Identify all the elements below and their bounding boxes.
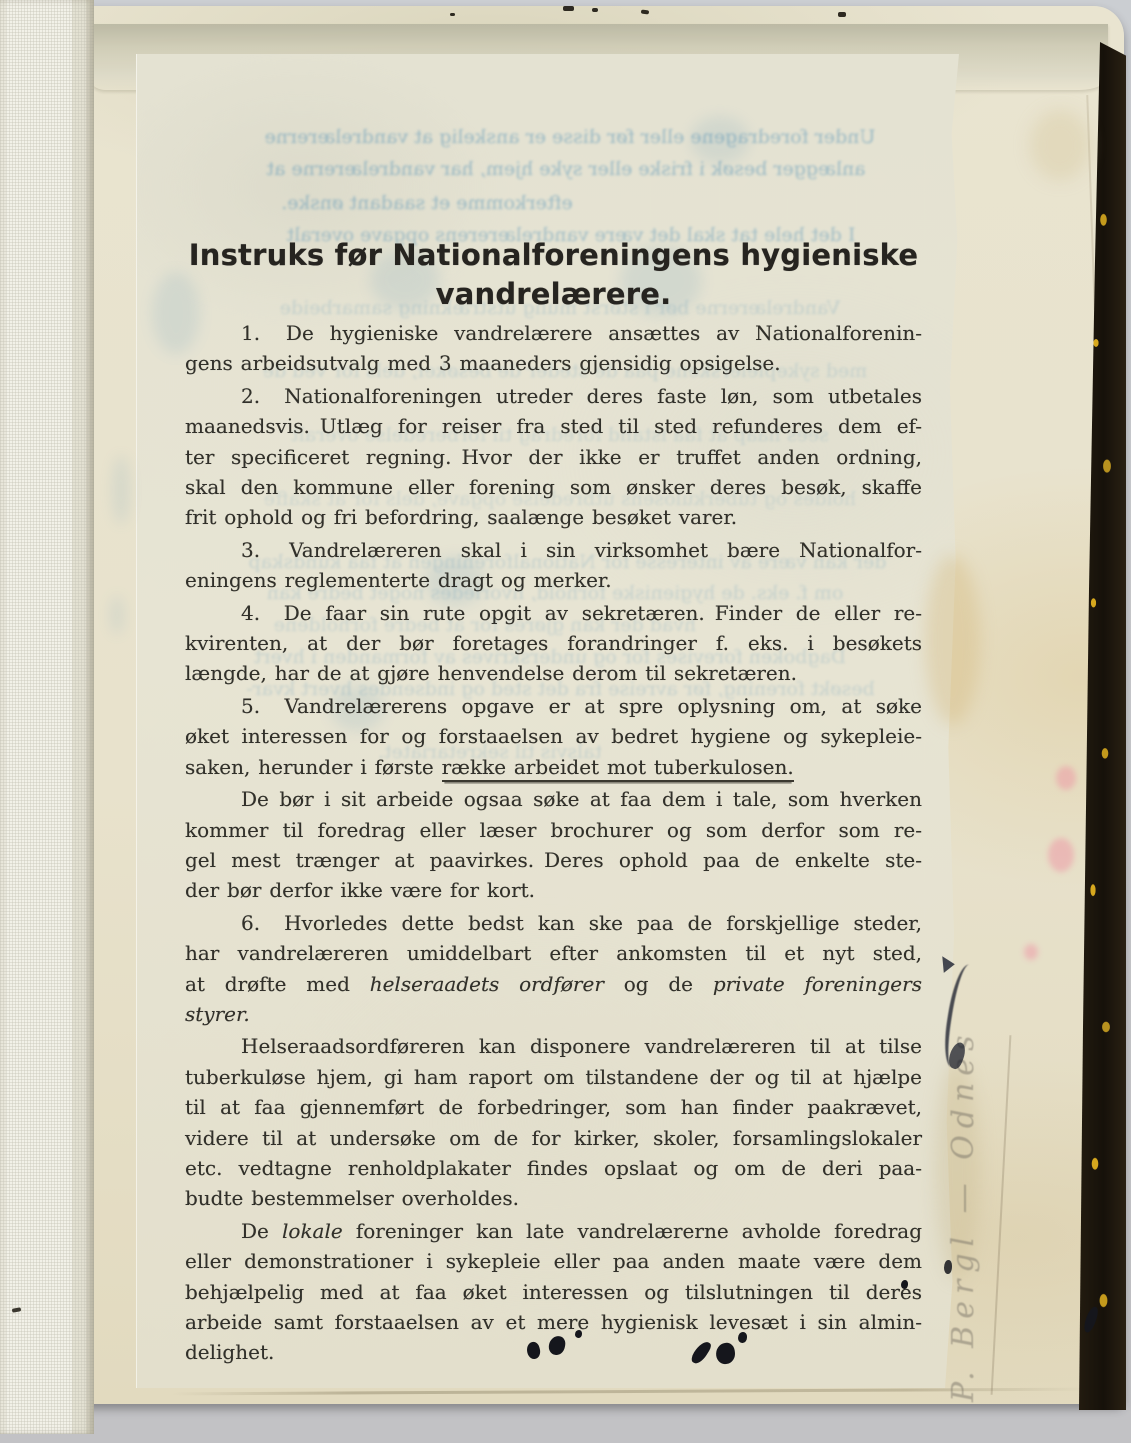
text-run: længde, har de at gjøre henvendelse dero… xyxy=(185,661,797,685)
body-line: videre til at undersøke om de for kirker… xyxy=(185,1123,922,1153)
paragraph: 6. Hvorledes dette bedst kan ske paa de … xyxy=(185,908,922,1030)
text-run: og de xyxy=(604,972,713,996)
paragraph: De bør i sit arbeide ogsaa søke at faa d… xyxy=(185,784,922,906)
paper-stain xyxy=(1030,110,1090,180)
body-line: 4. De faar sin rute opgit av sekretæren.… xyxy=(185,598,922,628)
body-line: arbeide samt forstaaelsen av et mere hyg… xyxy=(185,1307,922,1337)
body-line: etc. vedtagne renholdplakater findes ops… xyxy=(185,1153,922,1183)
paragraph: 3. Vandrelæreren skal i sin virksomhet b… xyxy=(185,535,922,596)
text-run: øket interessen for og forstaaelsen av b… xyxy=(185,724,922,748)
body-line: budte bestemmelser overholdes. xyxy=(185,1183,922,1213)
body-line: der bør derfor ikke være for kort. xyxy=(185,875,922,905)
text-run: skal den kommune eller forening som ønsk… xyxy=(185,475,922,499)
document: Instruks før Nationalforeningens hygieni… xyxy=(185,236,922,1370)
marginalia-handwriting: P. Bergl — Odnes xyxy=(946,836,1010,1402)
text-run: ter specificeret regning. Hvor der ikke … xyxy=(185,445,922,469)
body-line: 3. Vandrelæreren skal i sin virksomhet b… xyxy=(185,535,922,565)
body-line: De bør i sit arbeide ogsaa søke at faa d… xyxy=(185,784,922,814)
text-run: har vandrelæreren umiddelbart efter anko… xyxy=(185,941,922,965)
body-line: Helseraadsordføreren kan disponere vandr… xyxy=(185,1031,922,1061)
ink-bleed-smudge xyxy=(110,595,124,635)
text-run: De xyxy=(241,1219,282,1243)
body-line: at drøfte med helseraadets ordfører og d… xyxy=(185,969,922,999)
title-line-2: vandrelærere. xyxy=(185,275,922,314)
body-line: eller demonstrationer i sykepleie eller … xyxy=(185,1246,922,1276)
text-run: saken, herunder i første xyxy=(185,755,442,779)
ink-blot xyxy=(738,1332,747,1343)
text-run: gens arbeidsutvalg med 3 maaneders gjens… xyxy=(185,351,781,375)
body-line: længde, har de at gjøre henvendelse dero… xyxy=(185,658,922,688)
paragraph: 2. Nationalforeningen utreder deres fast… xyxy=(185,381,922,533)
body-line: eningens reglementerte dragt og merker. xyxy=(185,565,922,595)
paragraph: Helseraadsordføreren kan disponere vandr… xyxy=(185,1031,922,1213)
text-run: eningens reglementerte dragt og merker. xyxy=(185,568,612,592)
body-line: skal den kommune eller forening som ønsk… xyxy=(185,472,922,502)
text-run: arbeide samt forstaaelsen av et mere hyg… xyxy=(185,1310,922,1334)
text-run: 4. De faar sin rute opgit av sekretæren.… xyxy=(241,601,922,625)
ink-bleed-smudge xyxy=(112,455,130,525)
text-run: til at faa gjennemført de forbedringer, … xyxy=(185,1095,922,1119)
body-line: saken, herunder i første række arbeidet … xyxy=(185,752,922,782)
text-run: 1. De hygieniske vandrelærere ansættes a… xyxy=(241,321,922,345)
text-italic: private foreningers xyxy=(713,972,922,996)
body-line: kvirenten, at der bør foretages forandri… xyxy=(185,628,922,658)
text-run: videre til at undersøke om de for kirker… xyxy=(185,1126,922,1150)
body-line: styrer. xyxy=(185,999,922,1029)
text-run: kommer til foredrag eller læser brochure… xyxy=(185,818,922,842)
body-line: gel mest trænger at paavirkes. Deres oph… xyxy=(185,845,922,875)
pink-smudge xyxy=(1048,838,1074,872)
text-run: 5. Vandrelærerens opgave er at spre oply… xyxy=(241,694,922,718)
speck xyxy=(592,8,598,12)
text-run: Helseraadsordføreren kan disponere vandr… xyxy=(241,1034,922,1058)
body-line: har vandrelæreren umiddelbart efter anko… xyxy=(185,938,922,968)
page-title: Instruks før Nationalforeningens hygieni… xyxy=(185,236,922,314)
text-run: 6. Hvorledes dette bedst kan ske paa de … xyxy=(241,911,922,935)
speck xyxy=(838,12,846,17)
text-run: etc. vedtagne renholdplakater findes ops… xyxy=(185,1156,922,1180)
body-line: frit ophold og fri befordring, saalænge … xyxy=(185,502,922,532)
photo-backdrop: Under foredragene eller før disse er ans… xyxy=(0,0,1131,1443)
body-line: maanedsvis. Utlæg for reiser fra sted ti… xyxy=(185,411,922,441)
text-run: kvirenten, at der bør foretages forandri… xyxy=(185,631,922,655)
document-body: 1. De hygieniske vandrelærere ansættes a… xyxy=(185,318,922,1368)
pink-smudge xyxy=(1024,944,1038,960)
paper-stain xyxy=(925,555,980,725)
body-line: kommer til foredrag eller læser brochure… xyxy=(185,815,922,845)
text-run: at drøfte med xyxy=(185,972,370,996)
text-run: tuberkuløse hjem, gi ham raport om tilst… xyxy=(185,1065,922,1089)
body-line: 2. Nationalforeningen utreder deres fast… xyxy=(185,381,922,411)
body-line: til at faa gjennemført de forbedringer, … xyxy=(185,1092,922,1122)
body-line: øket interessen for og forstaaelsen av b… xyxy=(185,721,922,751)
text-run: behjælpelig med at faa øket interessen o… xyxy=(185,1280,922,1304)
text-underline: række arbeidet mot tuberkulosen. xyxy=(442,755,794,782)
ink-blot xyxy=(901,1280,908,1289)
text-run: budte bestemmelser overholdes. xyxy=(185,1186,519,1210)
book-cover-cloth xyxy=(0,0,94,1434)
title-line-1: Instruks før Nationalforeningens hygieni… xyxy=(185,236,922,275)
speck xyxy=(450,13,455,16)
text-run: maanedsvis. Utlæg for reiser fra sted ti… xyxy=(185,414,922,438)
body-line: tuberkuløse hjem, gi ham raport om tilst… xyxy=(185,1062,922,1092)
paragraph: 1. De hygieniske vandrelærere ansættes a… xyxy=(185,318,922,379)
body-line: gens arbeidsutvalg med 3 maaneders gjens… xyxy=(185,348,922,378)
body-line: behjælpelig med at faa øket interessen o… xyxy=(185,1277,922,1307)
body-line: ter specificeret regning. Hvor der ikke … xyxy=(185,442,922,472)
body-line: 5. Vandrelærerens opgave er at spre oply… xyxy=(185,691,922,721)
text-run: delighet. xyxy=(185,1340,274,1364)
ink-blot xyxy=(575,1330,582,1338)
text-run: 2. Nationalforeningen utreder deres fast… xyxy=(241,384,922,408)
text-run: eller demonstrationer i sykepleie eller … xyxy=(185,1249,922,1273)
pink-smudge xyxy=(1056,766,1076,790)
text-run: De bør i sit arbeide ogsaa søke at faa d… xyxy=(241,787,922,811)
text-run: gel mest trænger at paavirkes. Deres oph… xyxy=(185,848,922,872)
text-run: der bør derfor ikke være for kort. xyxy=(185,878,535,902)
body-line: 6. Hvorledes dette bedst kan ske paa de … xyxy=(185,908,922,938)
text-run: frit ophold og fri befordring, saalænge … xyxy=(185,505,737,529)
ink-bleed-smudge xyxy=(690,116,750,164)
body-line: 1. De hygieniske vandrelærere ansættes a… xyxy=(185,318,922,348)
text-run: foreninger kan late vandrelærerne avhold… xyxy=(343,1219,922,1243)
text-italic: lokale xyxy=(282,1219,343,1243)
speck xyxy=(563,6,574,11)
text-run: 3. Vandrelæreren skal i sin virksomhet b… xyxy=(241,538,922,562)
text-italic: styrer. xyxy=(185,1002,250,1026)
body-line: De lokale foreninger kan late vandrelære… xyxy=(185,1216,922,1246)
text-italic: helseraadets ordfører xyxy=(370,972,604,996)
paragraph: 5. Vandrelærerens opgave er at spre oply… xyxy=(185,691,922,782)
paragraph: 4. De faar sin rute opgit av sekretæren.… xyxy=(185,598,922,689)
ink-blot xyxy=(944,1260,952,1274)
